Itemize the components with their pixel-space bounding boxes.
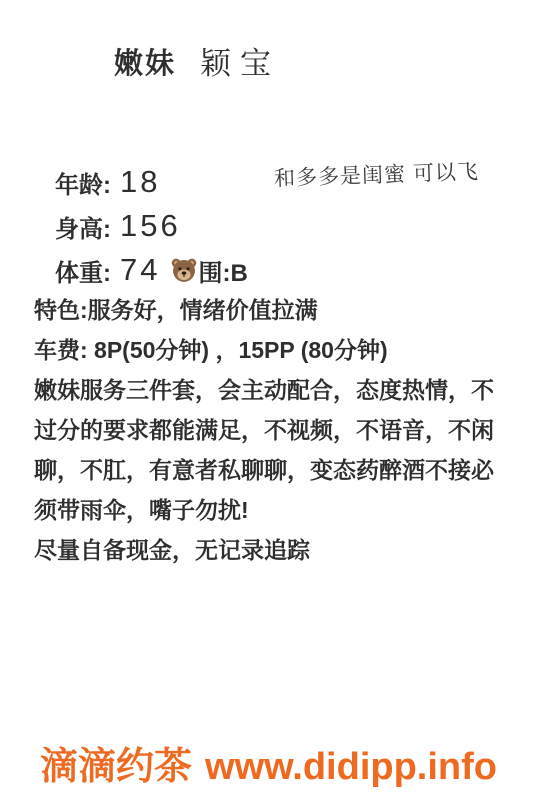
paragraph-line: 过分的要求都能满足，不视频，不语音，不闲: [34, 410, 494, 450]
stats-block: 年龄: 18 身高: 156 体重: 74: [55, 160, 248, 292]
paragraph-line: 聊，不肛，有意者私聊聊，变态药醉酒不接必: [34, 450, 494, 490]
title-category: 嫩妹: [114, 46, 176, 82]
footer-url: www.didipp.info: [205, 742, 497, 792]
price-line: 车费: 8P(50分钟) ，15PP (80分钟): [34, 330, 494, 370]
stat-row-age: 年龄: 18: [55, 160, 248, 204]
weight-label: 体重:: [55, 253, 111, 288]
height-value: 156: [120, 208, 181, 244]
stat-row-height: 身高: 156: [55, 204, 248, 248]
page-title: 嫩妹 颖宝: [114, 46, 280, 84]
height-label: 身高:: [55, 209, 111, 244]
footer-brand: 滴滴约茶: [40, 742, 192, 792]
footer-watermark: 滴滴约茶 www.didipp.info: [40, 742, 497, 792]
paragraph-line: 嫩妹服务三件套，会主动配合，态度热情，不: [34, 370, 494, 410]
paragraph-line: 须带雨伞，嘴子勿扰!: [34, 490, 494, 530]
weight-value: 74: [120, 252, 160, 288]
age-label: 年龄:: [55, 165, 111, 200]
feature-line: 特色:服务好，情绪价值拉满: [34, 290, 494, 330]
title-name: 颖宝: [200, 44, 280, 84]
handwritten-note: 和多多是闺蜜 可以飞: [274, 155, 480, 192]
ad-poster: 嫩妹 颖宝 和多多是闺蜜 可以飞 年龄: 18 身高: 156 体重: 74: [0, 0, 541, 800]
age-value: 18: [120, 164, 160, 200]
paragraph-line: 尽量自备现金，无记录追踪: [34, 530, 494, 570]
bear-face-icon: [170, 256, 198, 284]
stat-row-weight: 体重: 74 围:B: [55, 248, 248, 292]
cup-size-text: 围:B: [198, 253, 247, 288]
description-block: 特色:服务好，情绪价值拉满 车费: 8P(50分钟) ，15PP (80分钟) …: [34, 290, 494, 570]
